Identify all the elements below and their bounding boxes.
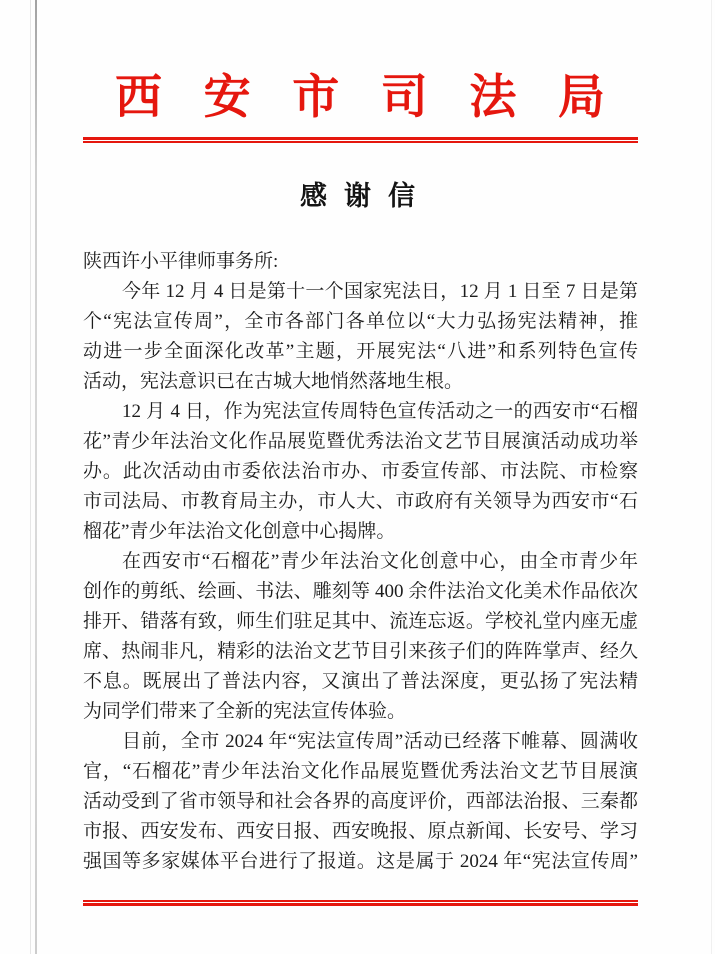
- letterhead-org-name: 西 安 市 司 法 局: [115, 72, 605, 124]
- letter-body: 陕西许小平律师事务所: 今年 12 月 4 日是第十一个国家宪法日，12 月 1…: [83, 247, 638, 877]
- body-line: 排开、错落有致，师生们驻足其中、流连忘返。学校礼堂内座无虚: [83, 607, 638, 637]
- body-line: 在西安市“石榴花”青少年法治文化创意中心，由全市青少年: [83, 547, 638, 577]
- letter-title: 感 谢 信: [0, 181, 715, 211]
- body-line: 目前，全市 2024 年“宪法宣传周”活动已经落下帷幕、圆满收: [83, 727, 638, 757]
- body-line: 榴花”青少年法治文化创意中心揭牌。: [83, 517, 638, 547]
- scan-artifact-line: [711, 0, 712, 954]
- body-line: 12 月 4 日，作为宪法宣传周特色宣传活动之一的西安市“石榴: [83, 397, 638, 427]
- body-line: 官，“石榴花”青少年法治文化作品展览暨优秀法治文艺节目展演: [83, 757, 638, 787]
- letter-title-char: 谢: [344, 181, 371, 211]
- letterhead-double-rule: [83, 137, 638, 143]
- footer-double-rule: [83, 900, 638, 906]
- body-line: 活动受到了省市领导和社会各界的高度评价，西部法治报、三秦都: [83, 787, 638, 817]
- body-line: 花”青少年法治文化作品展览暨优秀法治文艺节目展演活动成功举: [83, 427, 638, 457]
- letterhead-char: 司: [381, 72, 428, 124]
- letterhead-char: 局: [558, 72, 605, 124]
- body-line: 为同学们带来了全新的宪法宣传体验。: [83, 697, 638, 727]
- body-line: 不息。既展出了普法内容，又演出了普法深度，更弘扬了宪法精神，: [83, 667, 638, 697]
- body-line: 市报、西安发布、西安日报、西安晚报、原点新闻、长安号、学习: [83, 817, 638, 847]
- letter-title-char: 感: [300, 181, 327, 211]
- letterhead-char: 西: [115, 72, 162, 124]
- scanned-letter-page: 西 安 市 司 法 局 感 谢 信 陕西许小平律师事务所: 今年 12 月 4 …: [0, 0, 715, 954]
- letterhead-char: 安: [204, 72, 251, 124]
- body-line: 创作的剪纸、绘画、书法、雕刻等 400 余件法治文化美术作品依次: [83, 577, 638, 607]
- letter-title-char: 信: [388, 181, 415, 211]
- body-line: 今年 12 月 4 日是第十一个国家宪法日，12 月 1 日至 7 日是第七: [83, 277, 638, 307]
- scan-artifact-line: [35, 0, 37, 954]
- body-line: 席、热闹非凡，精彩的法治文艺节目引来孩子们的阵阵掌声、经久: [83, 637, 638, 667]
- body-line: 个“宪法宣传周”，全市各部门各单位以“大力弘扬宪法精神，推: [83, 307, 638, 337]
- body-line: 市司法局、市教育局主办，市人大、市政府有关领导为西安市“石: [83, 487, 638, 517]
- salutation-line: 陕西许小平律师事务所:: [83, 247, 638, 277]
- body-line: 活动，宪法意识已在古城大地悄然落地生根。: [83, 367, 638, 397]
- letterhead-char: 市: [292, 72, 339, 124]
- body-line: 办。此次活动由市委依法治市办、市委宣传部、市法院、市检察院、: [83, 457, 638, 487]
- scan-artifact-line: [30, 0, 31, 954]
- body-line: 强国等多家媒体平台进行了报道。这是属于 2024 年“宪法宣传周”: [83, 847, 638, 877]
- letterhead-char: 法: [469, 72, 516, 124]
- body-line: 动进一步全面深化改革”主题，开展宪法“八进”和系列特色宣传: [83, 337, 638, 367]
